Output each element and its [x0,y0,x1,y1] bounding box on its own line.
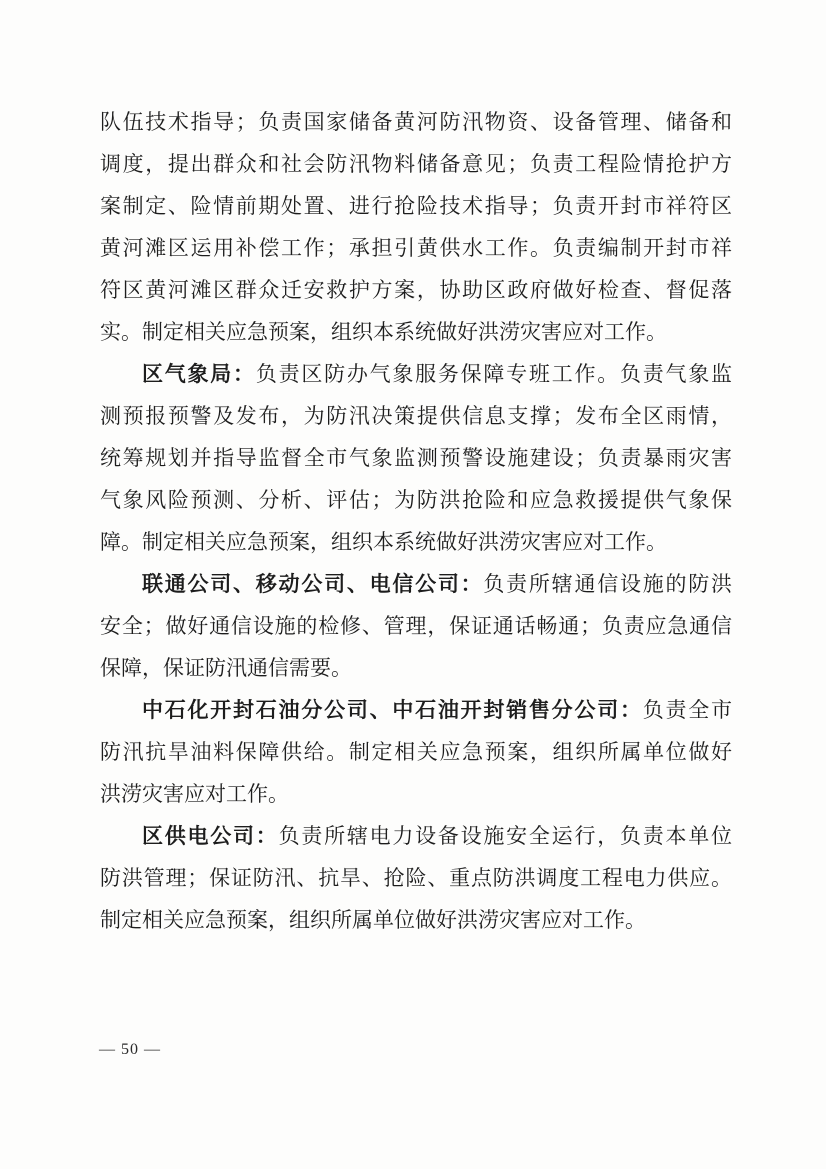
paragraph-power-company: 区供电公司：负责所辖电力设备设施安全运行，负责本单位 防洪管理；保证防汛、抗旱、… [100,815,732,941]
text-line: 黄河滩区运用补偿工作；承担引黄供水工作。负责编制开封市祥 [100,227,732,269]
text-line: 中石化开封石油分公司、中石油开封销售分公司：负责全市 [100,689,732,731]
text-run: 负责所辖通信设施的防洪 [483,572,732,596]
text-line: 保障，保证防汛通信需要。 [100,647,732,689]
text-line: 测预报预警及发布，为防汛决策提供信息支撑；发布全区雨情， [100,395,732,437]
text-line: 区供电公司：负责所辖电力设备设施安全运行，负责本单位 [100,815,732,857]
paragraph-petroleum-companies: 中石化开封石油分公司、中石油开封销售分公司：负责全市 防汛抗旱油料保障供给。制定… [100,689,732,815]
text-line: 联通公司、移动公司、电信公司：负责所辖通信设施的防洪 [100,563,732,605]
text-line: 队伍技术指导；负责国家储备黄河防汛物资、设备管理、储备和 [100,101,732,143]
paragraph-yellow-river-bureau: 队伍技术指导；负责国家储备黄河防汛物资、设备管理、储备和 调度，提出群众和社会防… [100,101,732,353]
text-run: 负责全市 [643,698,732,722]
document-body: 队伍技术指导；负责国家储备黄河防汛物资、设备管理、储备和 调度，提出群众和社会防… [100,101,732,941]
org-name-bold: 区气象局： [142,362,256,386]
org-name-bold: 联通公司、移动公司、电信公司： [142,572,483,596]
text-line: 实。制定相关应急预案，组织本系统做好洪涝灾害应对工作。 [100,311,732,353]
text-line: 气象风险预测、分析、评估；为防洪抢险和应急救援提供气象保 [100,479,732,521]
text-line: 洪涝灾害应对工作。 [100,773,732,815]
text-line: 调度，提出群众和社会防汛物料储备意见；负责工程险情抢护方 [100,143,732,185]
text-run: 负责所辖电力设备设施安全运行，负责本单位 [279,824,732,848]
text-line: 防洪管理；保证防汛、抗旱、抢险、重点防洪调度工程电力供应。 [100,857,732,899]
document-page: 队伍技术指导；负责国家储备黄河防汛物资、设备管理、储备和 调度，提出群众和社会防… [0,0,826,1169]
page-number: — 50 — [99,1040,161,1060]
org-name-bold: 中石化开封石油分公司、中石油开封销售分公司： [142,698,643,722]
text-line: 案制定、险情前期处置、进行抢险技术指导；负责开封市祥符区 [100,185,732,227]
paragraph-telecom-companies: 联通公司、移动公司、电信公司：负责所辖通信设施的防洪 安全；做好通信设施的检修、… [100,563,732,689]
text-line: 符区黄河滩区群众迁安救护方案，协助区政府做好检查、督促落 [100,269,732,311]
text-line: 区气象局：负责区防办气象服务保障专班工作。负责气象监 [100,353,732,395]
org-name-bold: 区供电公司： [142,824,279,848]
text-line: 防汛抗旱油料保障供给。制定相关应急预案，组织所属单位做好 [100,731,732,773]
text-run: 负责区防办气象服务保障专班工作。负责气象监 [256,362,732,386]
paragraph-meteorological-bureau: 区气象局：负责区防办气象服务保障专班工作。负责气象监 测预报预警及发布，为防汛决… [100,353,732,563]
text-line: 障。制定相关应急预案，组织本系统做好洪涝灾害应对工作。 [100,521,732,563]
text-line: 制定相关应急预案，组织所属单位做好洪涝灾害应对工作。 [100,899,732,941]
text-line: 统筹规划并指导监督全市气象监测预警设施建设；负责暴雨灾害 [100,437,732,479]
text-line: 安全；做好通信设施的检修、管理，保证通话畅通；负责应急通信 [100,605,732,647]
